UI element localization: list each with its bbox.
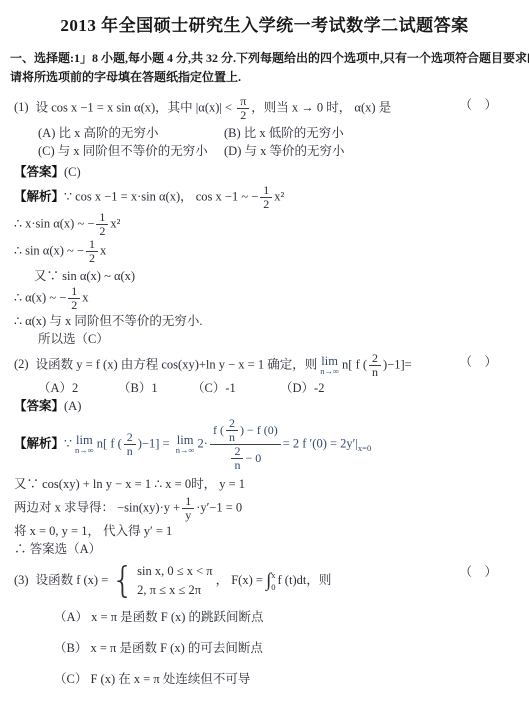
piecewise-function: {sin x, 0 ≤ x < π2, π ≤ x ≤ 2π [111, 562, 212, 600]
piecewise-row-1: sin x, 0 ≤ x < π [137, 562, 212, 581]
answer-label: 【答案】 [14, 165, 64, 179]
piecewise-row-2: 2, π ≤ x ≤ 2π [137, 581, 212, 600]
question-1-number: (1) [14, 100, 29, 114]
section-line-1: 一、选择题:1」8 小题,每小题 4 分,共 32 分.下列每题给出的四个选项中… [10, 49, 523, 68]
fraction-numerator: 1 [182, 495, 194, 508]
fraction-numerator: 2 [369, 352, 381, 365]
question-2-answer: 【答案】(A) [14, 397, 515, 415]
fraction-numerator: f (2n) − f (0) [210, 417, 281, 444]
question-2-solution-line-2: 又∵ cos(xy) + ln y − x = 1 ∴ x = 0时， y = … [14, 475, 515, 493]
question-3-option-b: （B） x = π 是函数 F (x) 的可去间断点 [54, 639, 515, 657]
fraction-denominator: 2n− 0 [210, 444, 281, 472]
solution-text: 2· [198, 436, 208, 450]
solution-text: ∴ sin α(x) ~ − [14, 243, 84, 257]
answer-blank-parens: （ ） [459, 96, 497, 114]
question-1-solution-line-7: 所以选（C） [38, 330, 515, 348]
question-1-text-a: 设 cos x −1 = x sin α(x)，其中 |α(x)| < [36, 100, 233, 114]
solution-text: ·y′−1 = 0 [196, 500, 242, 514]
two-over-n-fraction: 2n [369, 352, 381, 379]
integral-expression: ∫x0 [266, 573, 277, 587]
question-1-solution-line-1: 【解析】∵ cos x −1 = x·sin α(x)， cos x −1 ~ … [14, 184, 515, 211]
fraction-denominator: 2 [86, 251, 98, 265]
solution-text: − 0 [245, 452, 261, 465]
question-1-options-row-1: (A) 比 x 高阶的无穷小 (B) 比 x 低阶的无穷小 [38, 124, 515, 142]
solution-text: = 2 f ′(0) = 2y′| [283, 436, 358, 450]
solution-text: x [82, 290, 88, 304]
fraction-numerator: 2 [226, 417, 238, 430]
option-c: （C） F (x) 在 x = π 处连续但不可导 [54, 672, 250, 686]
question-3-option-a: （A） x = π 是函数 F (x) 的跳跃间断点 [54, 608, 515, 626]
section-line-2: 请将所选项前的字母填在答题纸指定位置上. [10, 68, 523, 87]
option-d: (D) 与 x 等价的无穷小 [224, 142, 344, 160]
fraction-denominator: 2 [237, 108, 249, 122]
question-1-solution-line-4: 又∵ sin α(x) ~ α(x) [34, 267, 515, 285]
solution-text: f ( [213, 424, 224, 437]
solution-text: 两边对 x 求导得： −sin(xy)·y + [14, 500, 180, 514]
option-c: （C）-1 [192, 379, 280, 397]
solution-text: x² [110, 216, 120, 230]
solution-text: 又∵ cos(xy) + ln y − x = 1 ∴ x = 0时， y = … [14, 477, 245, 491]
fraction-denominator: n [124, 444, 136, 458]
solution-text: ∴ 答案选（A） [14, 542, 101, 556]
solution-text: ∵ cos x −1 = x·sin α(x)， cos x −1 ~ − [64, 189, 258, 203]
integral-upper-bound: x [271, 571, 275, 580]
question-1-answer: 【答案】(C) [14, 163, 515, 181]
solution-text: ∴ α(x) 与 x 同阶但不等价的无穷小. [14, 314, 202, 328]
question-3-text-c: f (t)dt，则 [278, 573, 332, 587]
limit-operator: limn→∞ [320, 355, 339, 376]
question-3-number: (3) [14, 573, 29, 587]
question-1-solution-line-6: ∴ α(x) 与 x 同阶但不等价的无穷小. [14, 312, 515, 330]
solution-text: ∵ [64, 436, 72, 450]
answer-blank-parens: （ ） [459, 353, 497, 371]
question-1-solution-line-3: ∴ sin α(x) ~ −12x [14, 238, 515, 265]
one-half-fraction: 12 [260, 184, 272, 211]
question-2-solution-line-1: 【解析】∵limn→∞n[ f (2n)−1] = limn→∞2·f (2n)… [14, 417, 515, 472]
document-title: 2013 年全国硕士研究生入学统一考试数学二试题答案 [0, 0, 529, 36]
solution-text: )−1] = [138, 436, 170, 450]
left-brace: { [111, 564, 134, 598]
fraction-numerator: 1 [96, 211, 108, 224]
question-2-stem: (2)设函数 y = f (x) 由方程 cos(xy)+ln y − x = … [14, 352, 515, 379]
option-c: (C) 与 x 同阶但不等价的无穷小 [38, 142, 224, 160]
question-1-text-b: ，则当 x → 0 时， α(x) 是 [251, 100, 391, 114]
question-2-options-row: （A）2 （B）1 （C）-1 （D）-2 [38, 379, 515, 397]
limit-operator: limn→∞ [176, 434, 195, 455]
fraction-numerator: 1 [68, 285, 80, 298]
fraction-denominator: 2 [68, 298, 80, 312]
fraction-numerator: 2 [124, 431, 136, 444]
solution-text: x [100, 243, 106, 257]
fraction-denominator: 2 [260, 197, 272, 211]
fraction-denominator: n [231, 458, 243, 472]
integral-bounds: x0 [271, 570, 275, 592]
fraction-numerator: π [237, 95, 249, 108]
question-2-solution-line-4: 将 x = 0, y = 1， 代入得 y′ = 1 [14, 522, 515, 540]
one-half-fraction: 12 [96, 211, 108, 238]
question-2-solution-line-3: 两边对 x 求导得： −sin(xy)·y +1y·y′−1 = 0 [14, 495, 515, 522]
option-a: （A） x = π 是函数 F (x) 的跳跃间断点 [54, 610, 264, 624]
section-instructions: 一、选择题:1」8 小题,每小题 4 分,共 32 分.下列每题给出的四个选项中… [10, 49, 523, 86]
lim-subscript: n→∞ [176, 446, 195, 455]
option-b: （B）1 [118, 379, 192, 397]
answer-label: 【答案】 [14, 399, 64, 413]
question-2-text-b: n[ f ( [342, 357, 367, 371]
question-1-options-row-2: (C) 与 x 同阶但不等价的无穷小 (D) 与 x 等价的无穷小 [38, 142, 515, 160]
solution-text: 将 x = 0, y = 1， 代入得 y′ = 1 [14, 524, 172, 538]
fraction-denominator: n [369, 365, 381, 379]
option-a: (A) 比 x 高阶的无穷小 [38, 124, 224, 142]
fraction-numerator: 1 [260, 184, 272, 197]
solution-text: ∴ x·sin α(x) ~ − [14, 216, 94, 230]
option-b: (B) 比 x 低阶的无穷小 [224, 124, 344, 142]
fraction-denominator: 2 [96, 224, 108, 238]
solution-text: 又∵ sin α(x) ~ α(x) [34, 269, 135, 283]
solution-label: 【解析】 [14, 436, 64, 450]
two-over-n-fraction: 2n [231, 445, 243, 472]
question-2-text-a: 设函数 y = f (x) 由方程 cos(xy)+ln y − x = 1 确… [36, 357, 318, 371]
option-b: （B） x = π 是函数 F (x) 的可去间断点 [54, 641, 263, 655]
option-a: （A）2 [38, 379, 118, 397]
solution-text: ) − f (0) [240, 424, 278, 437]
one-half-fraction: 12 [68, 285, 80, 312]
two-over-n-fraction: 2n [226, 417, 238, 444]
question-3-option-c: （C） F (x) 在 x = π 处连续但不可导 [54, 670, 515, 688]
fraction-denominator: y [182, 508, 194, 522]
one-over-y-fraction: 1y [182, 495, 194, 522]
solution-text: n[ f ( [97, 436, 122, 450]
fraction-numerator: 1 [86, 238, 98, 251]
question-2-number: (2) [14, 357, 29, 371]
solution-text: ∴ α(x) ~ − [14, 290, 66, 304]
question-1-stem: (1)设 cos x −1 = x sin α(x)，其中 |α(x)| < π… [14, 95, 515, 122]
limit-operator: limn→∞ [75, 434, 94, 455]
lim-subscript: n→∞ [75, 446, 94, 455]
solution-label: 【解析】 [14, 189, 64, 203]
evaluated-at-subscript: x=0 [358, 443, 371, 453]
solution-text: x² [274, 189, 284, 203]
question-3-stem: (3)设函数 f (x) ={sin x, 0 ≤ x < π2, π ≤ x … [14, 562, 515, 600]
exam-answer-document: 2013 年全国硕士研究生入学统一考试数学二试题答案 一、选择题:1」8 小题,… [0, 0, 529, 716]
answer-value: (C) [64, 165, 81, 179]
piecewise-rows: sin x, 0 ≤ x < π2, π ≤ x ≤ 2π [137, 562, 212, 600]
question-1-solution-line-5: ∴ α(x) ~ −12x [14, 285, 515, 312]
solution-text: 所以选（C） [38, 332, 109, 346]
answer-value: (A) [64, 399, 81, 413]
document-body: (1)设 cos x −1 = x sin α(x)，其中 |α(x)| < π… [0, 95, 529, 688]
pi-over-2-fraction: π2 [237, 95, 249, 122]
lim-subscript: n→∞ [320, 367, 339, 376]
question-3-text-b: ， F(x) = [216, 573, 263, 587]
fraction-denominator: n [226, 430, 238, 444]
one-half-fraction: 12 [86, 238, 98, 265]
two-over-n-fraction: 2n [124, 431, 136, 458]
question-2-text-c: )−1]= [383, 357, 412, 371]
option-d: （D）-2 [280, 379, 324, 397]
difference-quotient-fraction: f (2n) − f (0)2n− 0 [210, 417, 281, 472]
integral-lower-bound: 0 [271, 583, 275, 592]
question-1-solution-line-2: ∴ x·sin α(x) ~ −12x² [14, 211, 515, 238]
question-2-solution-line-5: ∴ 答案选（A） [14, 540, 515, 558]
fraction-numerator: 2 [231, 445, 243, 458]
answer-blank-parens: （ ） [459, 563, 497, 581]
question-3-text-a: 设函数 f (x) = [36, 573, 109, 587]
